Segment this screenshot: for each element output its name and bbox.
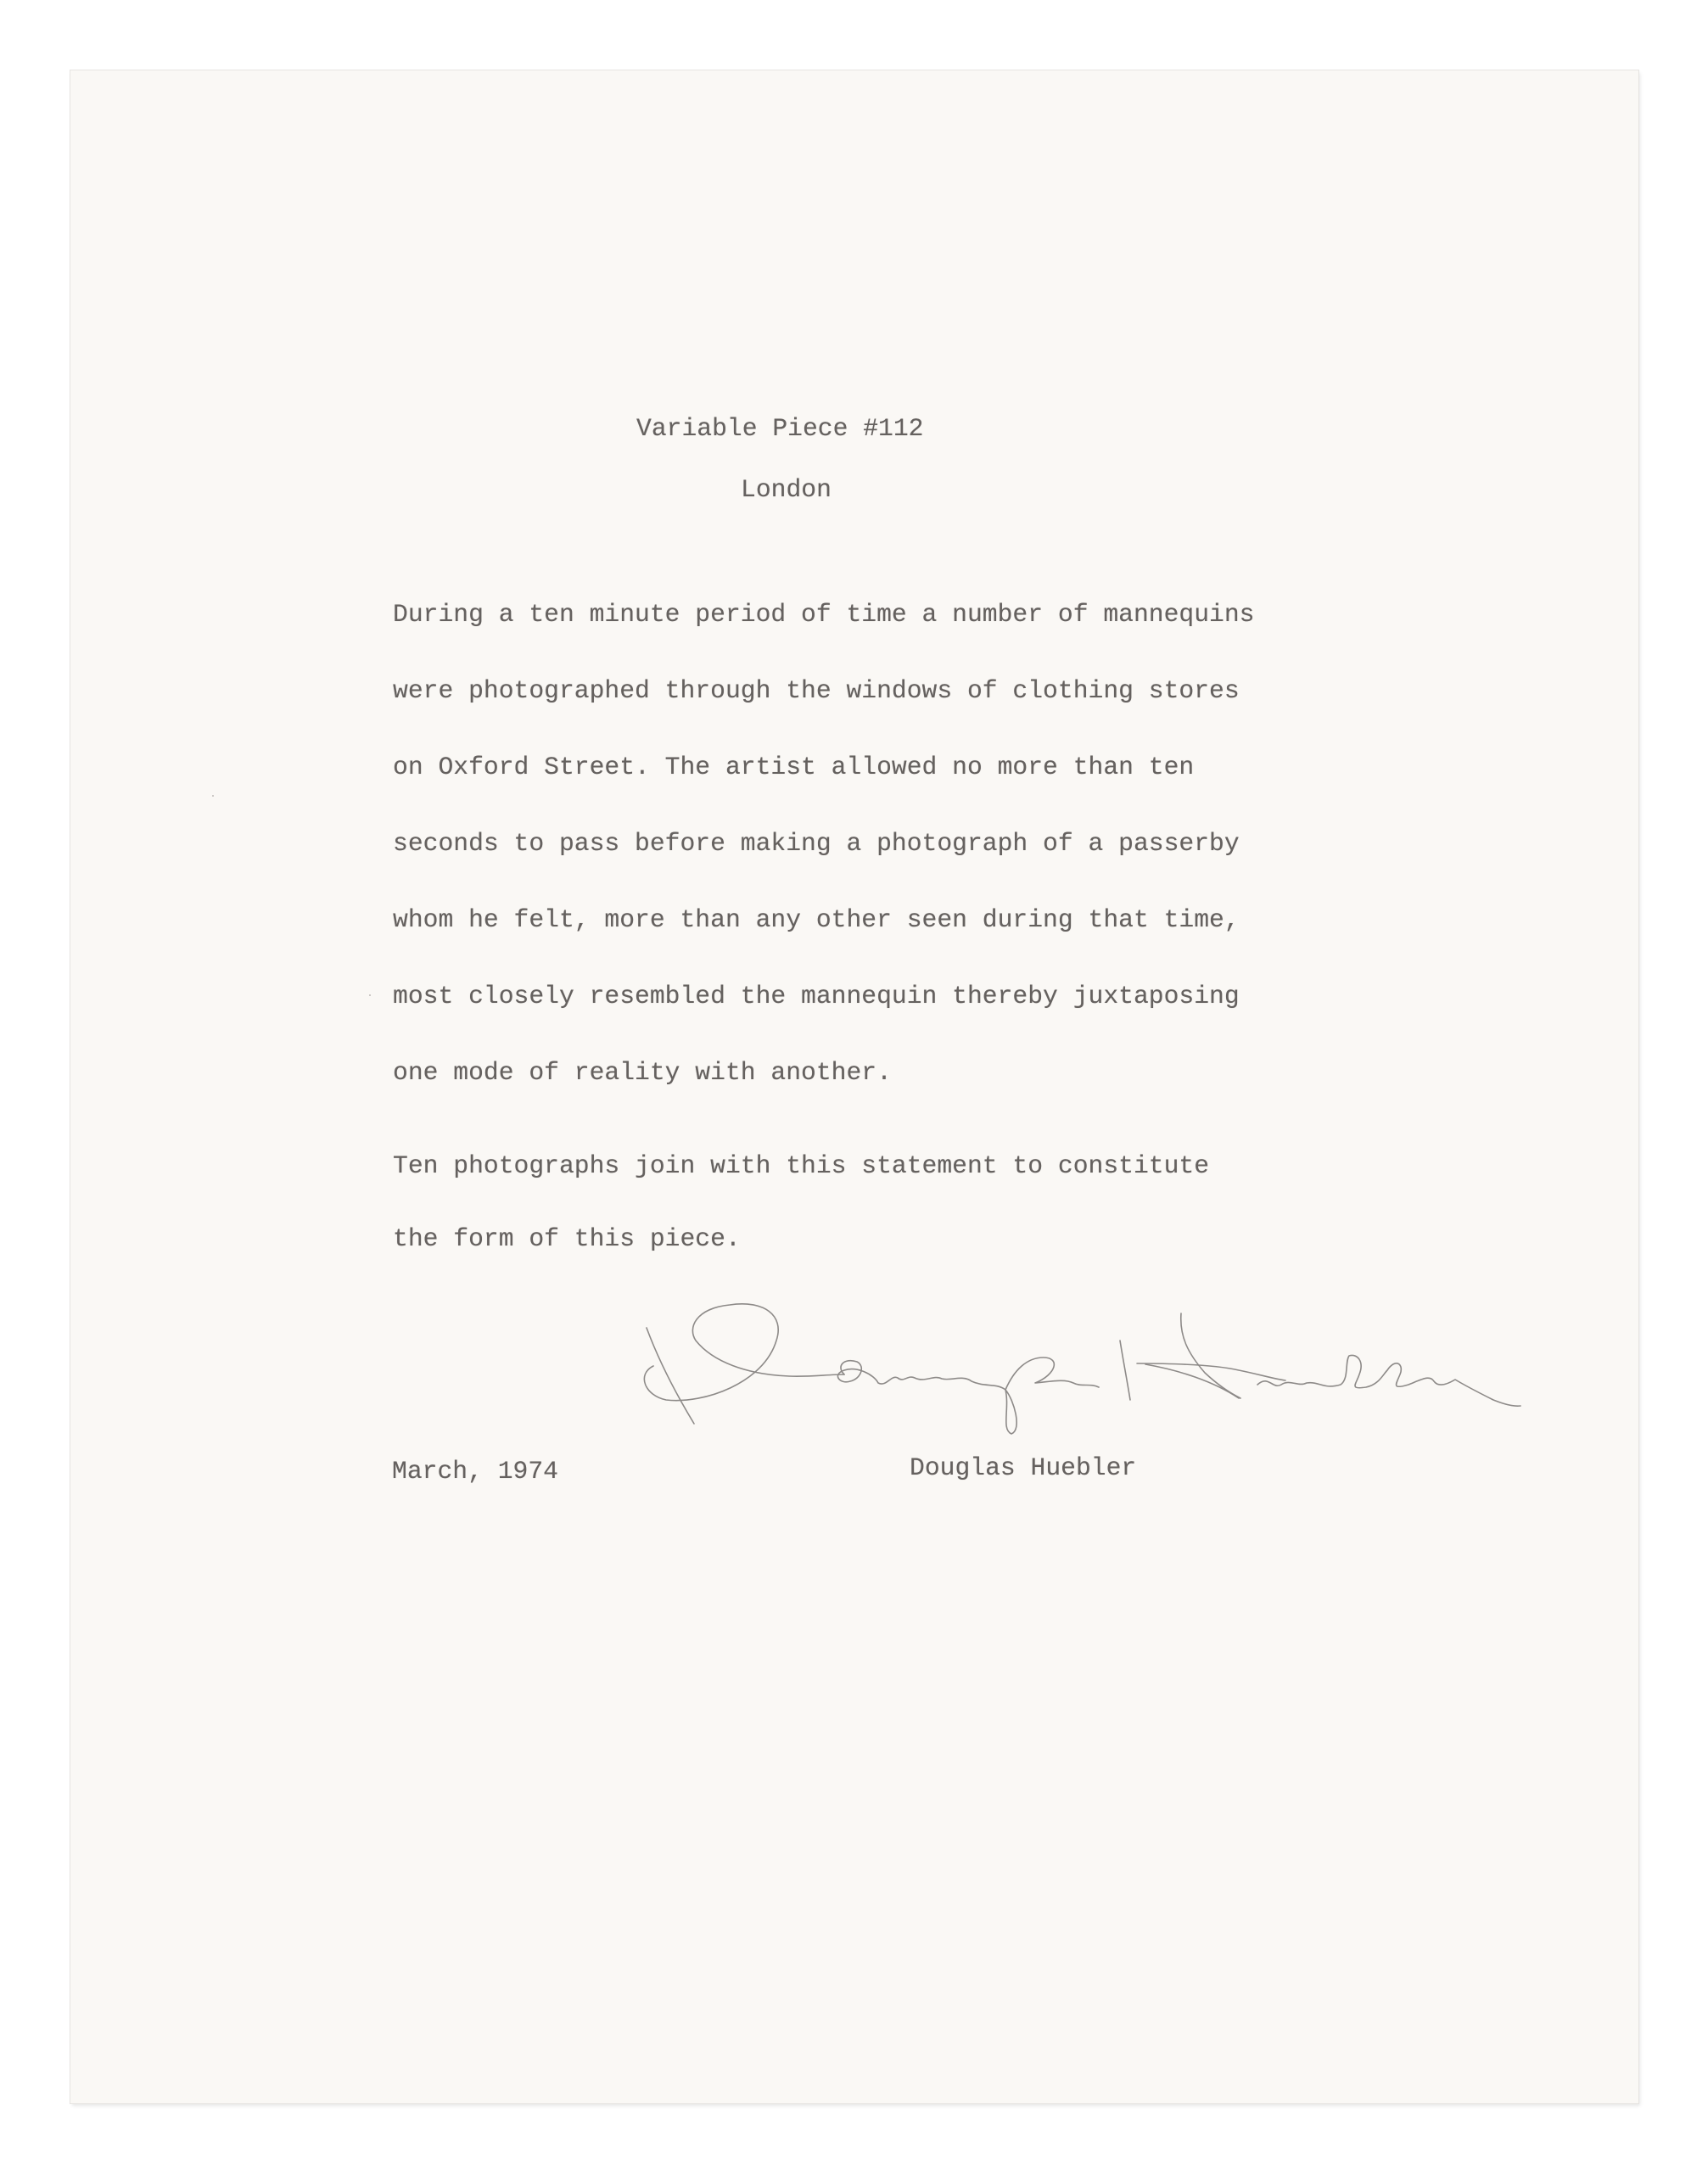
document-title: Variable Piece #112 xyxy=(636,417,924,442)
statement-line: the form of this piece. xyxy=(393,1227,741,1252)
statement-line: were photographed through the windows of… xyxy=(393,679,1240,704)
document-date: March, 1974 xyxy=(392,1459,558,1485)
paper-speck xyxy=(369,994,371,996)
handwritten-signature xyxy=(628,1290,1527,1459)
statement-line: on Oxford Street. The artist allowed no … xyxy=(393,755,1194,781)
statement-line: Ten photographs join with this statement… xyxy=(393,1154,1209,1179)
statement-line: one mode of reality with another. xyxy=(393,1061,892,1086)
statement-line: whom he felt, more than any other seen d… xyxy=(393,908,1240,933)
typed-sheet xyxy=(70,70,1638,2103)
document-location: London xyxy=(741,478,832,503)
statement-line: seconds to pass before making a photogra… xyxy=(393,831,1240,857)
signer-name: Douglas Huebler xyxy=(910,1456,1136,1481)
statement-line: most closely resembled the mannequin the… xyxy=(393,984,1240,1010)
paper-speck xyxy=(212,795,214,797)
statement-line: During a ten minute period of time a num… xyxy=(393,602,1254,628)
